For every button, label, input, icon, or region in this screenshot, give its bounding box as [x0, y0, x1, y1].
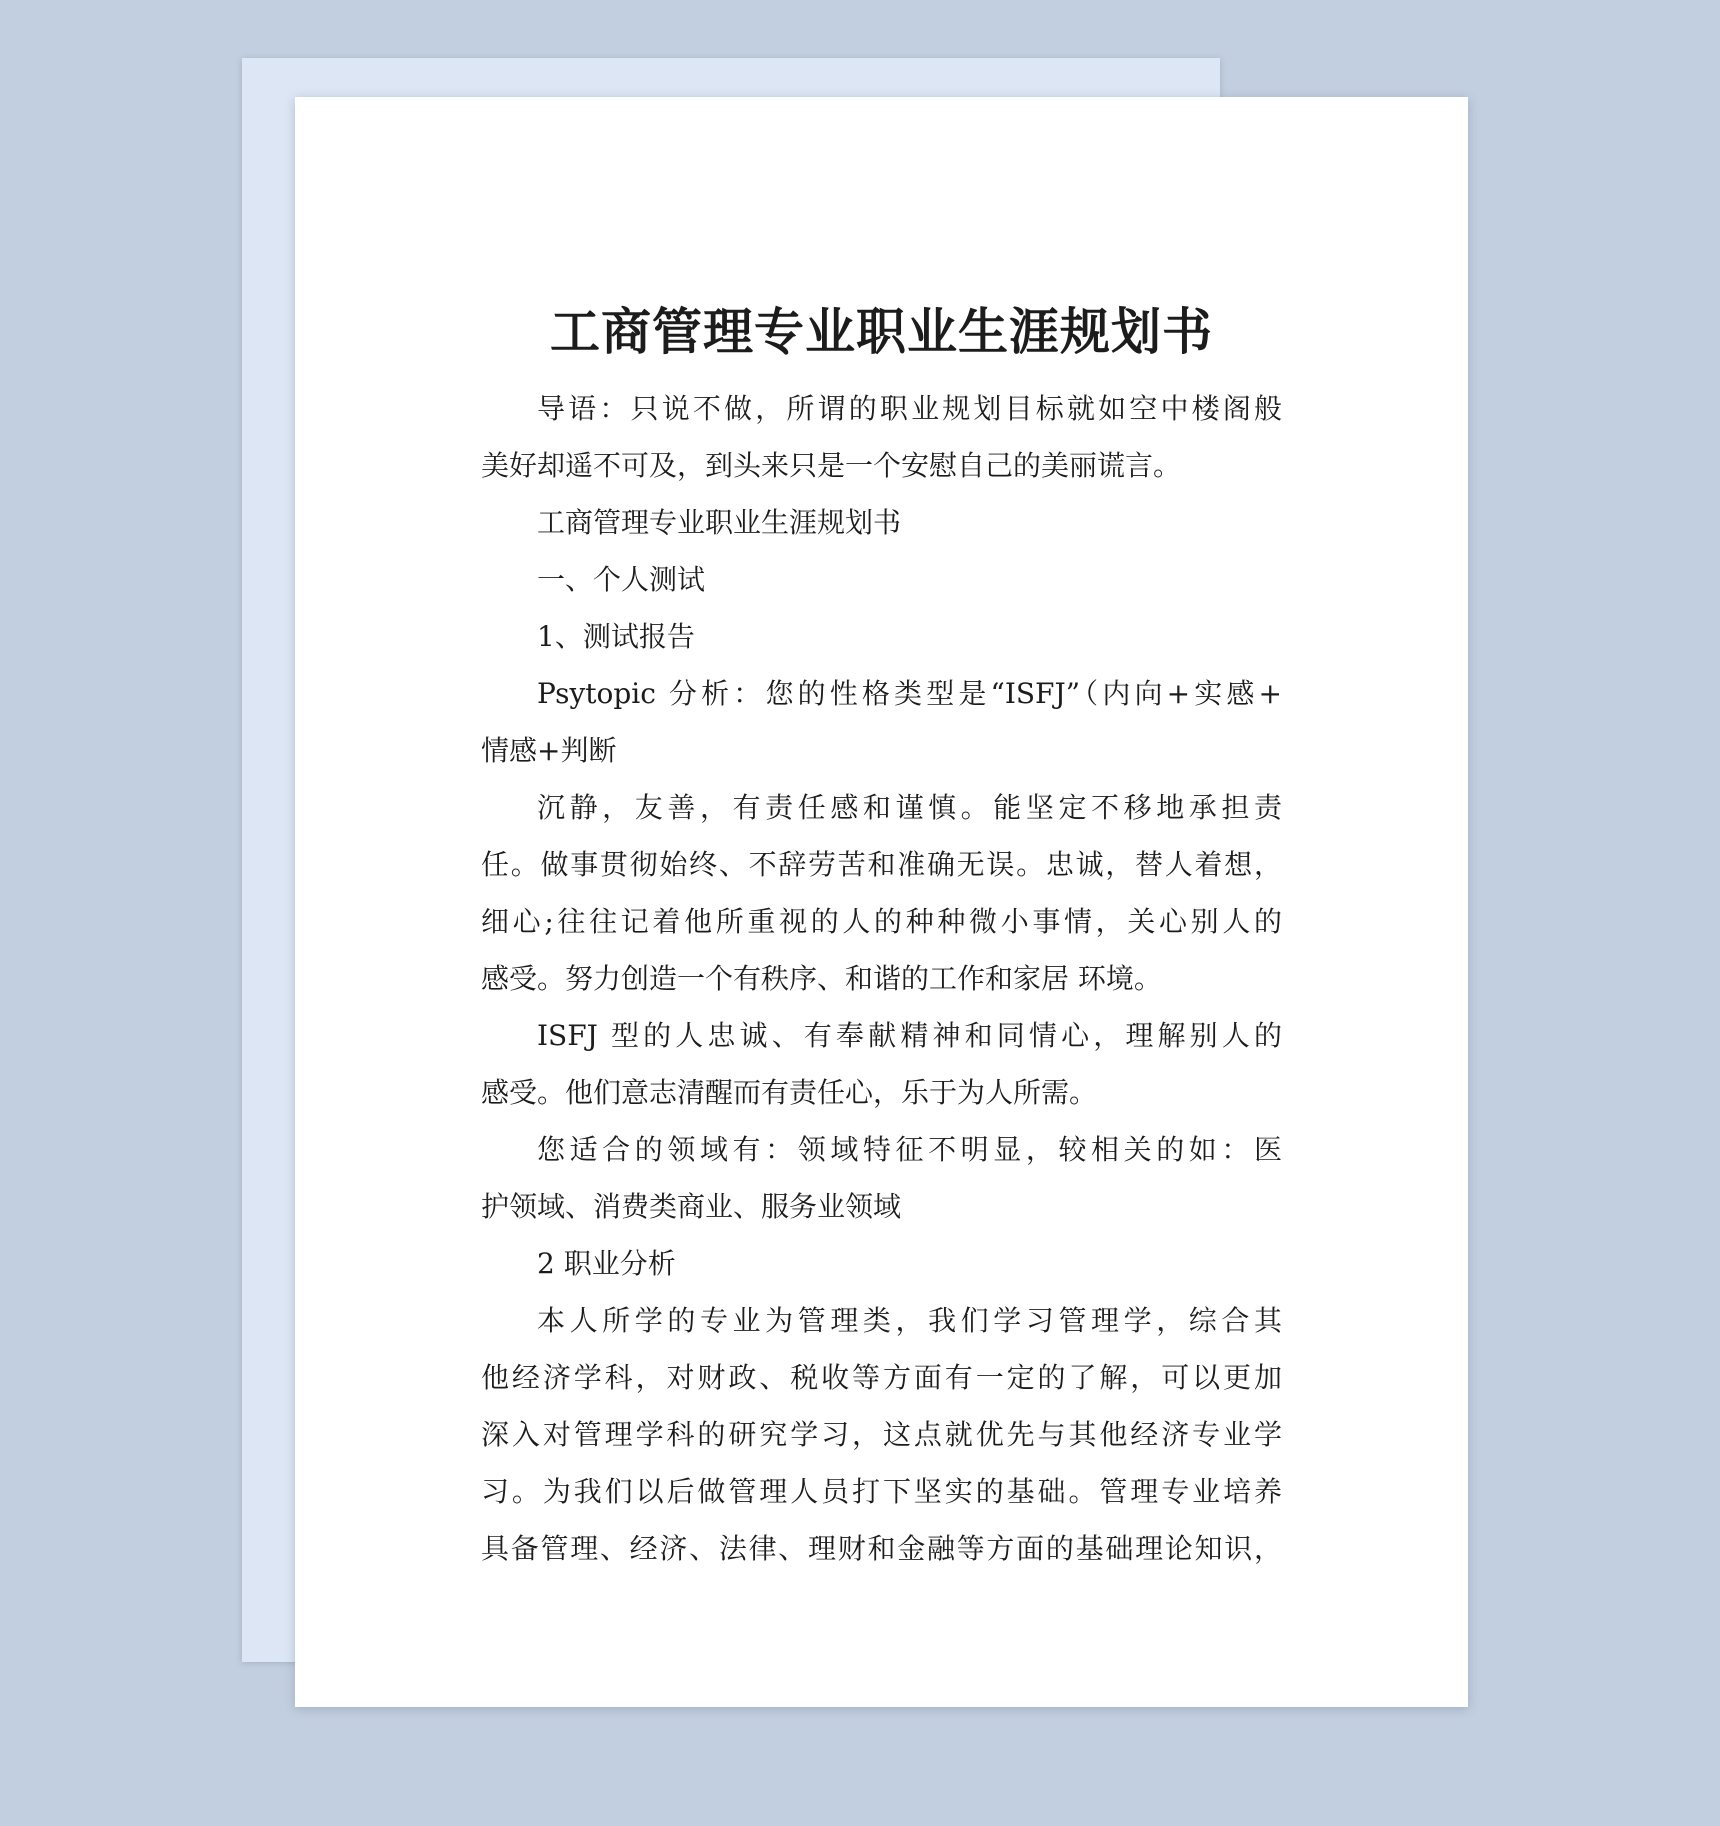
text-line: 一、个人测试	[481, 551, 1282, 608]
document-title: 工商管理专业职业生涯规划书	[481, 302, 1282, 362]
text-line: 他经济学科，对财政、税收等方面有一定的了解，可以更加	[481, 1349, 1282, 1406]
text-line: 护领域、消费类商业、服务业领域	[481, 1178, 1282, 1235]
text-line: 感受。努力创造一个有秩序、和谐的工作和家居 环境。	[481, 950, 1282, 1007]
text-line: 您适合的领域有：领域特征不明显，较相关的如：医	[481, 1121, 1282, 1178]
text-line: 2 职业分析	[481, 1235, 1282, 1292]
text-line: 导语：只说不做，所谓的职业规划目标就如空中楼阁般	[481, 380, 1282, 437]
desktop-background: 工商管理专业职业生涯规划书 导语：只说不做，所谓的职业规划目标就如空中楼阁般美好…	[0, 0, 1720, 1826]
text-line: Psytopic 分析：您的性格类型是“ISFJ”（内向+实感+	[481, 665, 1282, 722]
text-line: 具备管理、经济、法律、理财和金融等方面的基础理论知识，	[481, 1520, 1282, 1577]
text-line: 美好却遥不可及，到头来只是一个安慰自己的美丽谎言。	[481, 437, 1282, 494]
document-body: 导语：只说不做，所谓的职业规划目标就如空中楼阁般美好却遥不可及，到头来只是一个安…	[481, 380, 1282, 1577]
text-line: 本人所学的专业为管理类，我们学习管理学，综合其	[481, 1292, 1282, 1349]
text-line: 细心;往往记着他所重视的人的种种微小事情，关心别人的	[481, 893, 1282, 950]
text-line: 工商管理专业职业生涯规划书	[481, 494, 1282, 551]
text-line: 情感+判断	[481, 722, 1282, 779]
document-page: 工商管理专业职业生涯规划书 导语：只说不做，所谓的职业规划目标就如空中楼阁般美好…	[295, 97, 1468, 1707]
text-line: 深入对管理学科的研究学习，这点就优先与其他经济专业学	[481, 1406, 1282, 1463]
text-line: ISFJ 型的人忠诚、有奉献精神和同情心，理解别人的	[481, 1007, 1282, 1064]
text-line: 任。做事贯彻始终、不辞劳苦和准确无误。忠诚，替人着想，	[481, 836, 1282, 893]
text-line: 沉静，友善，有责任感和谨慎。能坚定不移地承担责	[481, 779, 1282, 836]
text-line: 习。为我们以后做管理人员打下坚实的基础。管理专业培养	[481, 1463, 1282, 1520]
text-line: 感受。他们意志清醒而有责任心，乐于为人所需。	[481, 1064, 1282, 1121]
text-line: 1、测试报告	[481, 608, 1282, 665]
